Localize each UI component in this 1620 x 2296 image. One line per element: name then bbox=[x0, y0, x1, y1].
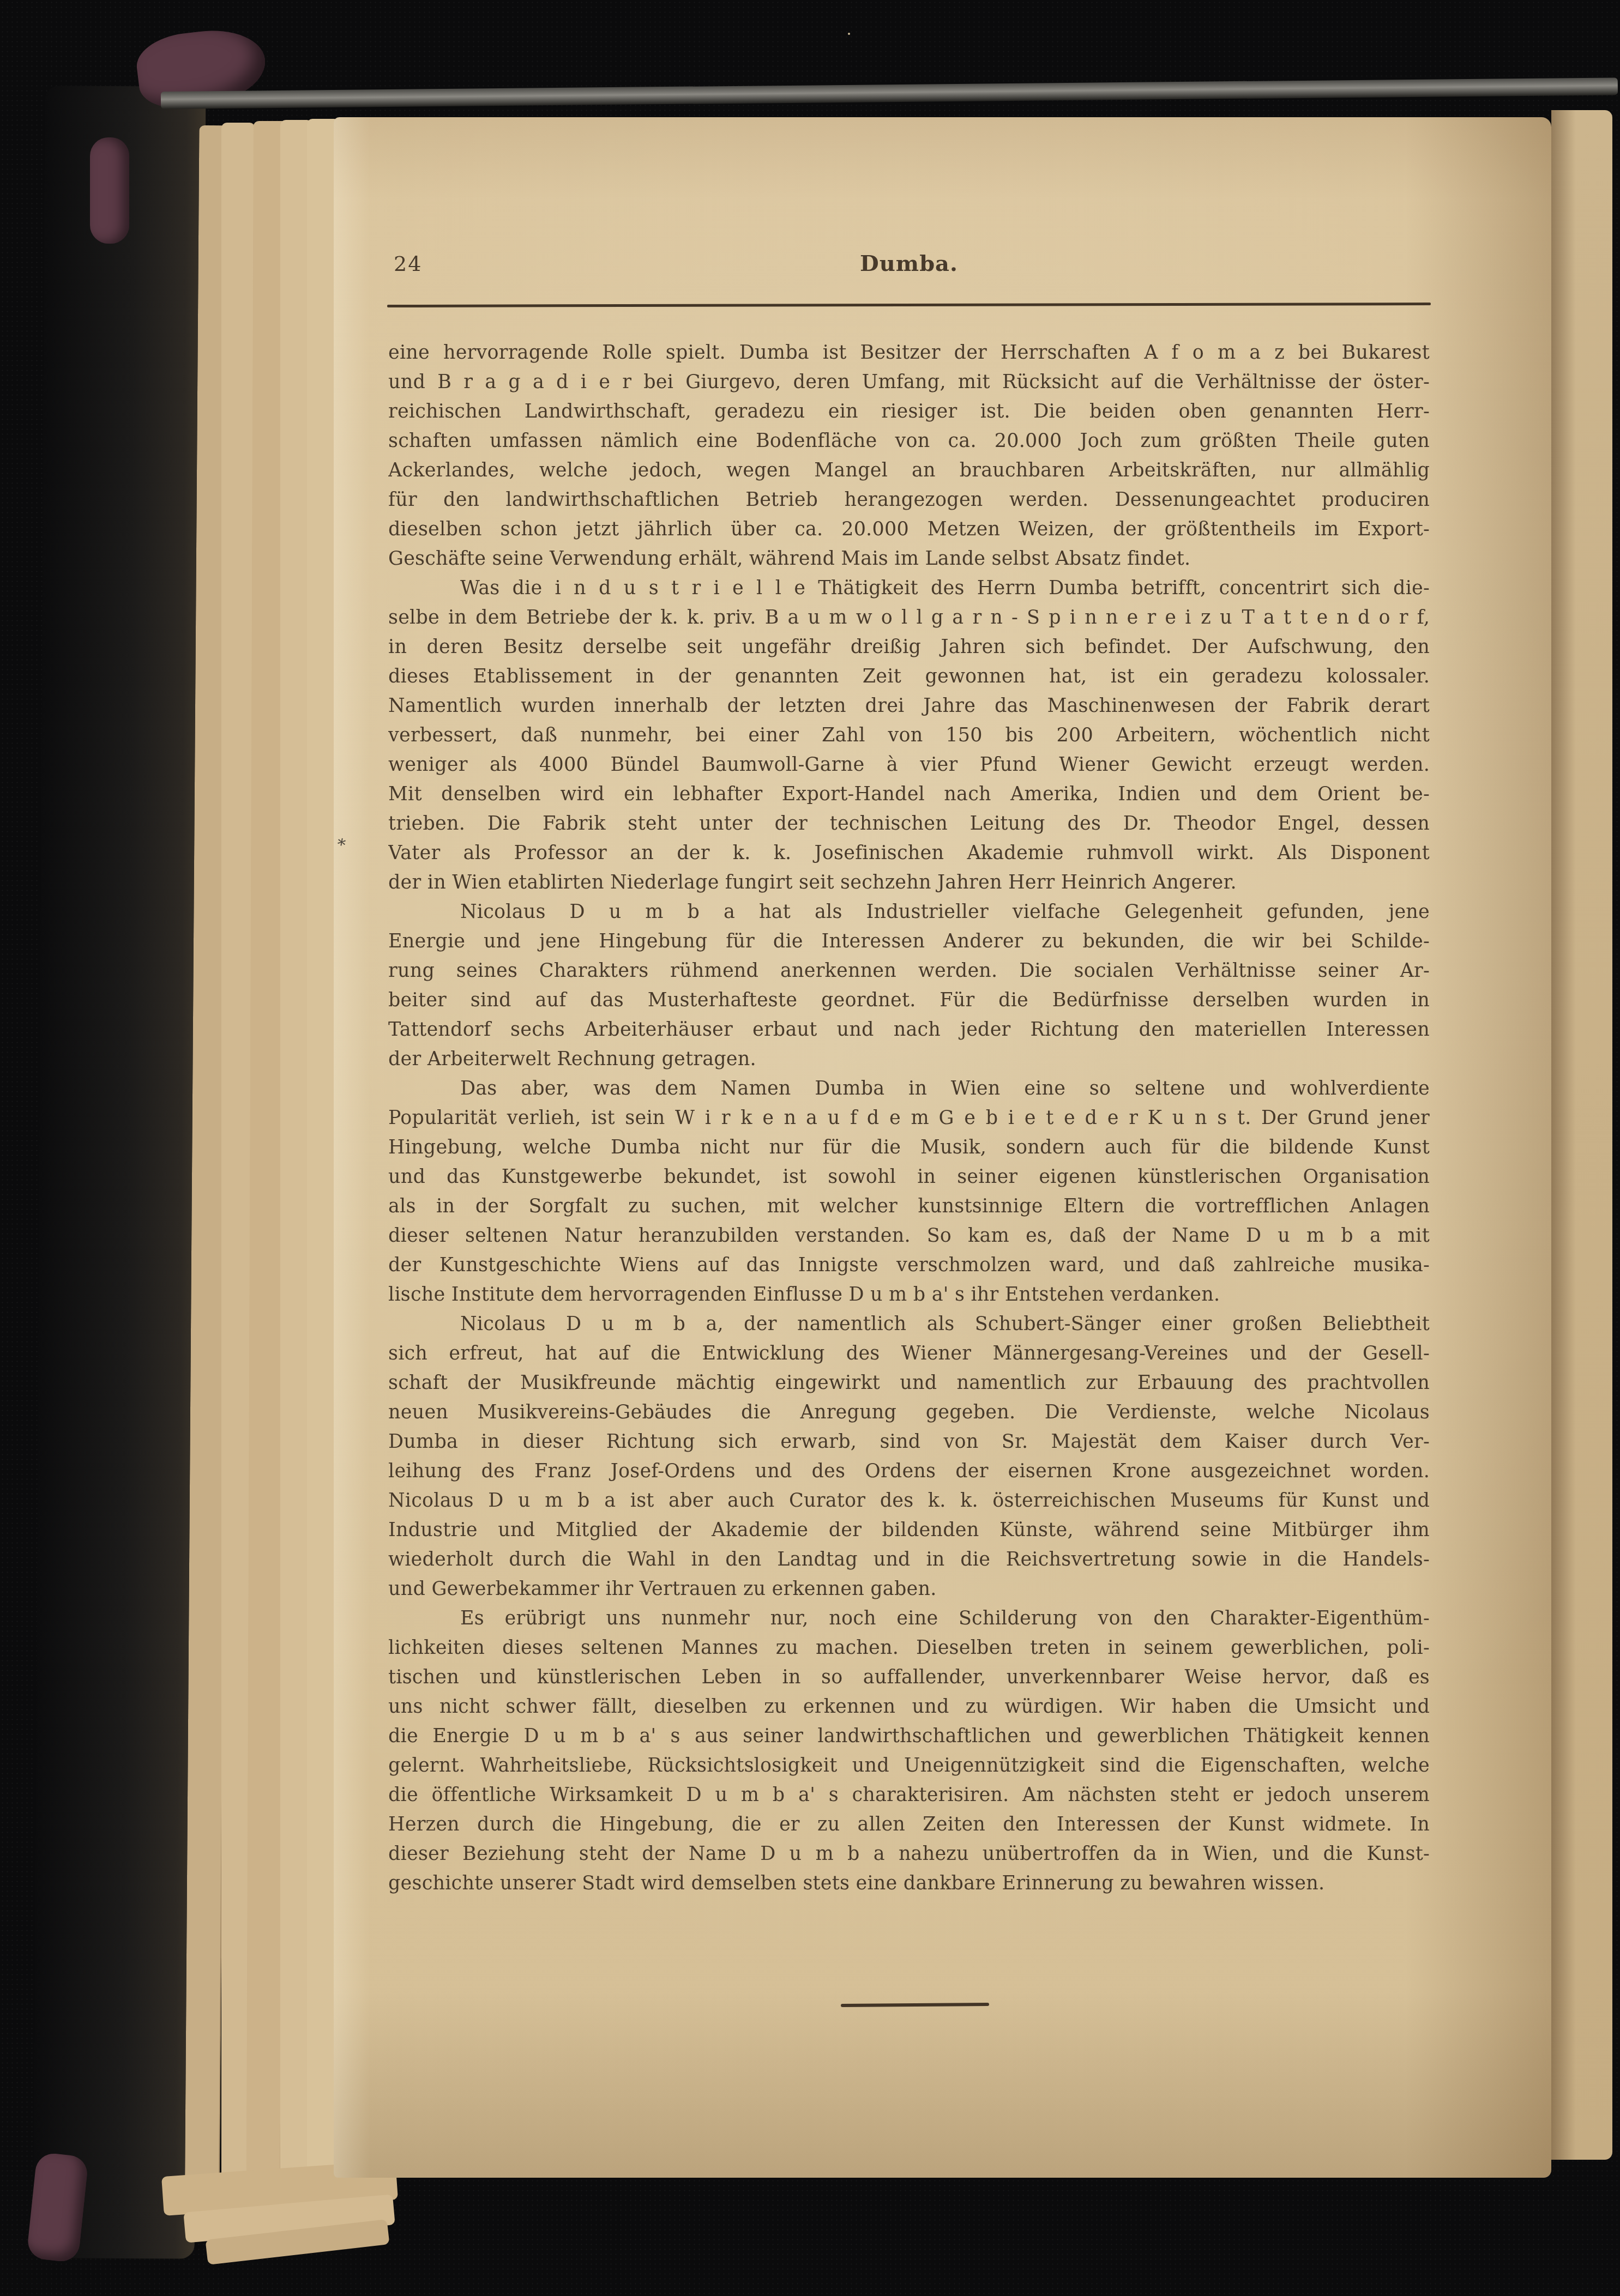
text-line: rung seines Charakters rühmend anerkenne… bbox=[388, 956, 1430, 986]
text-line: Das aber, was dem Namen Dumba in Wien ei… bbox=[388, 1074, 1430, 1103]
text-line: als in der Sorgfalt zu suchen, mit welch… bbox=[388, 1192, 1430, 1221]
text-line: gelernt. Wahrheitsliebe, Rücksichtslosig… bbox=[388, 1751, 1430, 1780]
text-line: die Energie D u m b a' s aus seiner land… bbox=[388, 1721, 1430, 1751]
text-line: der in Wien etablirten Niederlage fungir… bbox=[388, 868, 1430, 897]
text-line: selbe in dem Betriebe der k. k. priv. B … bbox=[388, 603, 1430, 632]
book-photo-scene: 24 Dumba. * eine hervorragende Rolle spi… bbox=[0, 0, 1620, 2296]
text-line: Nicolaus D u m b a hat als Industrieller… bbox=[388, 897, 1430, 927]
underlying-page-edge bbox=[1551, 110, 1612, 2160]
text-line: die öffentliche Wirksamkeit D u m b a' s… bbox=[388, 1780, 1430, 1810]
text-line: Hingebung, welche Dumba nicht nur für di… bbox=[388, 1133, 1430, 1162]
text-line: Mit denselben wird ein lebhafter Export-… bbox=[388, 780, 1430, 809]
text-line: und das Kunstgewerbe bekundet, ist sowoh… bbox=[388, 1162, 1430, 1192]
text-line: Dumba in dieser Richtung sich erwarb, si… bbox=[388, 1427, 1430, 1457]
frayed-cloth-left-edge bbox=[90, 137, 129, 244]
text-line: dieselben schon jetzt jährlich über ca. … bbox=[388, 515, 1430, 544]
text-line: beiter sind auf das Musterhafteste geord… bbox=[388, 986, 1430, 1015]
text-line: Vater als Professor an der k. k. Josefin… bbox=[388, 838, 1430, 868]
text-line: tischen und künstlerischen Leben in so a… bbox=[388, 1663, 1430, 1692]
text-line: Nicolaus D u m b a ist aber auch Curator… bbox=[388, 1486, 1430, 1515]
margin-mark: * bbox=[335, 835, 347, 855]
text-line: Tattendorf sechs Arbeiterhäuser erbaut u… bbox=[388, 1015, 1430, 1044]
text-line: für den landwirthschaftlichen Betrieb he… bbox=[388, 485, 1430, 515]
text-line: dieses Etablissement in der genannten Ze… bbox=[388, 662, 1430, 691]
text-line: Herzen durch die Hingebung, die er zu al… bbox=[388, 1810, 1430, 1839]
text-line: Ackerlandes, welche jedoch, wegen Mangel… bbox=[388, 456, 1430, 485]
text-line: leihung des Franz Josef-Ordens und des O… bbox=[388, 1457, 1430, 1486]
text-line: Es erübrigt uns nunmehr nur, noch eine S… bbox=[388, 1604, 1430, 1633]
text-line: Namentlich wurden innerhalb der letzten … bbox=[388, 691, 1430, 721]
text-line: geschichte unserer Stadt wird demselben … bbox=[388, 1869, 1430, 1898]
text-line: wiederholt durch die Wahl in den Landtag… bbox=[388, 1545, 1430, 1574]
running-title: Dumba. bbox=[388, 251, 1430, 276]
text-line: uns nicht schwer fällt, dieselben zu erk… bbox=[388, 1692, 1430, 1721]
book-cover-top-edge bbox=[161, 77, 1618, 109]
text-line: Industrie und Mitglied der Akademie der … bbox=[388, 1515, 1430, 1545]
text-line: Popularität verlieh, ist sein W i r k e … bbox=[388, 1103, 1430, 1133]
end-divider-rule bbox=[841, 2003, 989, 2007]
text-line: Geschäfte seine Verwendung erhält, währe… bbox=[388, 544, 1430, 573]
text-line: in deren Besitz derselbe seit ungefähr d… bbox=[388, 632, 1430, 662]
text-line: lische Institute dem hervorragenden Einf… bbox=[388, 1280, 1430, 1309]
text-line: weniger als 4000 Bündel Baumwoll-Garne à… bbox=[388, 750, 1430, 780]
text-line: dieser Beziehung steht der Name D u m b … bbox=[388, 1839, 1430, 1869]
book-cover-spine bbox=[34, 86, 206, 2258]
text-line: sich erfreut, hat auf die Entwicklung de… bbox=[388, 1339, 1430, 1368]
text-line: verbessert, daß nunmehr, bei einer Zahl … bbox=[388, 721, 1430, 750]
text-line: der Arbeiterwelt Rechnung getragen. bbox=[388, 1044, 1430, 1074]
text-line: und Gewerbekammer ihr Vertrauen zu erken… bbox=[388, 1574, 1430, 1604]
text-line: neuen Musikvereins-Gebäudes die Anregung… bbox=[388, 1398, 1430, 1427]
text-line: trieben. Die Fabrik steht unter der tech… bbox=[388, 809, 1430, 838]
dust-specks bbox=[848, 33, 850, 35]
text-line: schaft der Musikfreunde mächtig eingewir… bbox=[388, 1368, 1430, 1398]
text-line: und B r a g a d i e r bei Giurgevo, dere… bbox=[388, 367, 1430, 397]
text-line: schaften umfassen nämlich eine Bodenfläc… bbox=[388, 426, 1430, 456]
text-line: Was die i n d u s t r i e l l e Thätigke… bbox=[388, 573, 1430, 603]
text-line: lichkeiten dieses seltenen Mannes zu mac… bbox=[388, 1633, 1430, 1663]
header-rule bbox=[387, 303, 1431, 307]
page-header: 24 Dumba. bbox=[388, 251, 1430, 283]
text-line: dieser seltenen Natur heranzubilden vers… bbox=[388, 1221, 1430, 1250]
book-page: 24 Dumba. * eine hervorragende Rolle spi… bbox=[334, 117, 1551, 2178]
text-line: Energie und jene Hingebung für die Inter… bbox=[388, 927, 1430, 956]
text-line: eine hervorragende Rolle spielt. Dumba i… bbox=[388, 338, 1430, 367]
text-line: Nicolaus D u m b a, der namentlich als S… bbox=[388, 1309, 1430, 1339]
text-line: der Kunstgeschichte Wiens auf das Innigs… bbox=[388, 1250, 1430, 1280]
page-body: eine hervorragende Rolle spielt. Dumba i… bbox=[388, 338, 1430, 1898]
text-line: reichischen Landwirthschaft, geradezu ei… bbox=[388, 397, 1430, 426]
